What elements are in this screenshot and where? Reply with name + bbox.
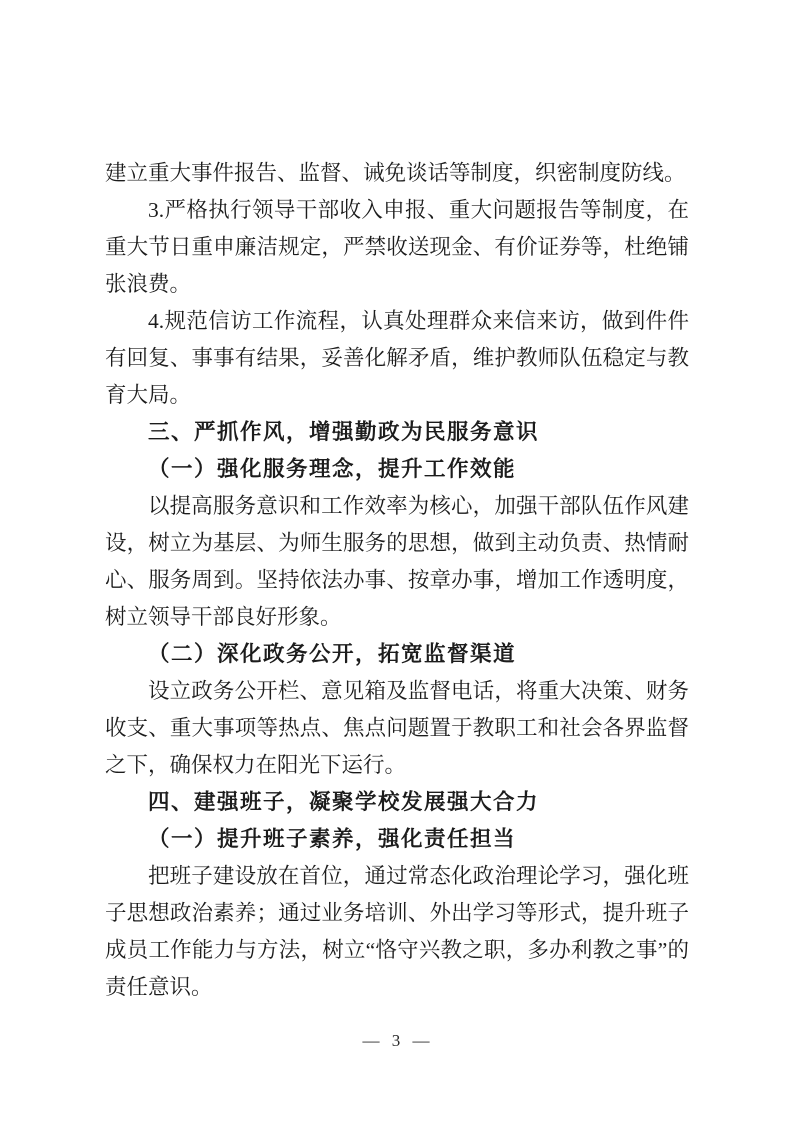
- subsection-heading-3-1: （一）强化服务理念，提升工作效能: [105, 451, 689, 488]
- subsection-heading-3-2: （二）深化政务公开，拓宽监督渠道: [105, 636, 689, 673]
- paragraph-section-3-1: 以提高服务意识和工作效率为核心，加强干部队伍作风建设，树立为基层、为师生服务的思…: [105, 488, 689, 636]
- page-footer: — 3 —: [0, 1030, 793, 1052]
- paragraph-item-3: 3.严格执行领导干部收入申报、重大问题报告等制度，在重大节日重申廉洁规定，严禁收…: [105, 192, 689, 303]
- paragraph-item-4: 4.规范信访工作流程，认真处理群众来信来访，做到件件有回复、事事有结果，妥善化解…: [105, 303, 689, 414]
- document-body: 建立重大事件报告、监督、诫免谈话等制度，织密制度防线。 3.严格执行领导干部收入…: [105, 155, 689, 1006]
- paragraph-section-4-1: 把班子建设放在首位，通过常态化政治理论学习，强化班子思想政治素养；通过业务培训、…: [105, 858, 689, 1006]
- subsection-heading-4-1: （一）提升班子素养，强化责任担当: [105, 821, 689, 858]
- paragraph-continued: 建立重大事件报告、监督、诫免谈话等制度，织密制度防线。: [105, 155, 689, 192]
- paragraph-section-3-2: 设立政务公开栏、意见箱及监督电话，将重大决策、财务收支、重大事项等热点、焦点问题…: [105, 673, 689, 784]
- section-heading-4: 四、建强班子，凝聚学校发展强大合力: [105, 784, 689, 821]
- section-heading-3: 三、严抓作风，增强勤政为民服务意识: [105, 414, 689, 451]
- page-number: — 3 —: [363, 1031, 431, 1050]
- document-page: 建立重大事件报告、监督、诫免谈话等制度，织密制度防线。 3.严格执行领导干部收入…: [0, 0, 793, 1122]
